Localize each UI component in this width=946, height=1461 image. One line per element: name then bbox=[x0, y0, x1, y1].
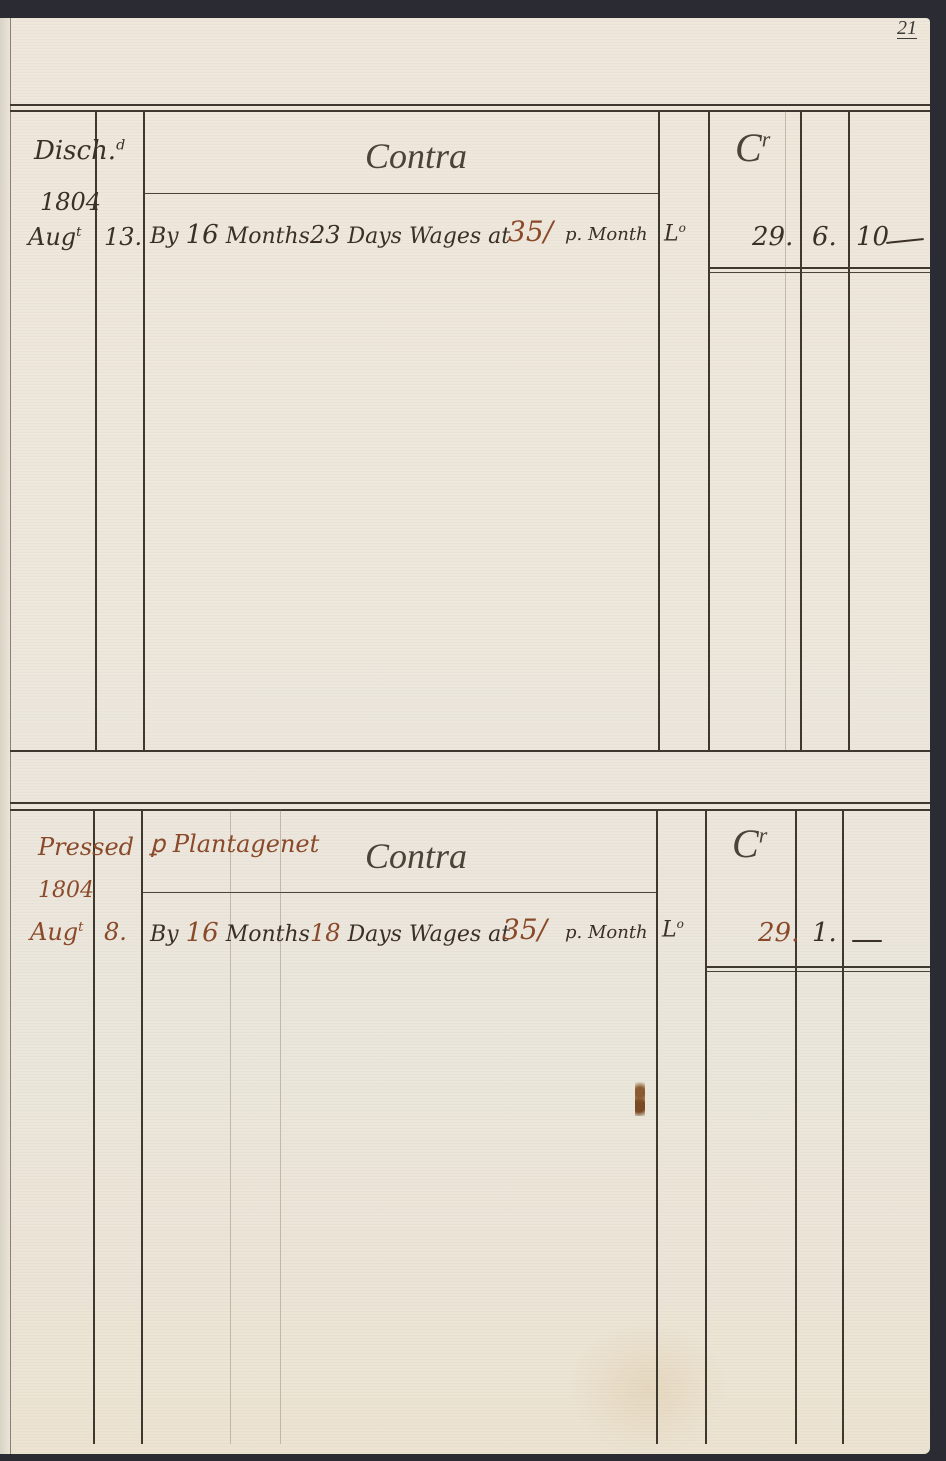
credit-header: Cr bbox=[735, 128, 770, 168]
ship-name: ꝑ Plantagenet bbox=[150, 832, 319, 856]
pence-dash bbox=[852, 940, 882, 942]
entry-year: 1804 bbox=[40, 190, 101, 214]
folio-ref: Lo bbox=[664, 222, 686, 245]
folio-ref: Lo bbox=[662, 918, 684, 941]
amount-pounds: 29. bbox=[752, 224, 793, 250]
amount-shillings: 6. bbox=[812, 224, 837, 250]
per-month-label: p. Month bbox=[565, 226, 648, 244]
entry-year: 1804 bbox=[38, 880, 94, 902]
entry-month: Augt bbox=[28, 225, 81, 249]
page-number: 21 bbox=[897, 18, 917, 39]
wage-rate: 35/ bbox=[508, 218, 553, 246]
entry-month: Augt bbox=[30, 920, 83, 944]
amount-shillings: 1. bbox=[812, 920, 837, 946]
contra-header: Contra bbox=[365, 838, 467, 874]
page-binding-edge bbox=[0, 18, 11, 1454]
entry-description: By 16 Months23 Days Wages at bbox=[150, 222, 510, 248]
amount-pounds: 29. bbox=[758, 920, 799, 946]
paper-stain bbox=[568, 1318, 728, 1458]
credit-header: Cr bbox=[732, 824, 767, 864]
entry-day: 13. bbox=[104, 225, 142, 249]
entry-day: 8. bbox=[104, 920, 127, 944]
wage-rate: 35/ bbox=[502, 916, 547, 944]
status-label: Disch.d bbox=[34, 138, 125, 164]
ink-blot bbox=[635, 1082, 645, 1116]
amount-pence: 10 bbox=[856, 224, 889, 250]
contra-header: Contra bbox=[365, 138, 467, 174]
per-month-label: p. Month bbox=[565, 924, 648, 942]
status-label: Pressed bbox=[38, 835, 134, 859]
entry-description: By 16 Months18 Days Wages at bbox=[150, 920, 510, 946]
